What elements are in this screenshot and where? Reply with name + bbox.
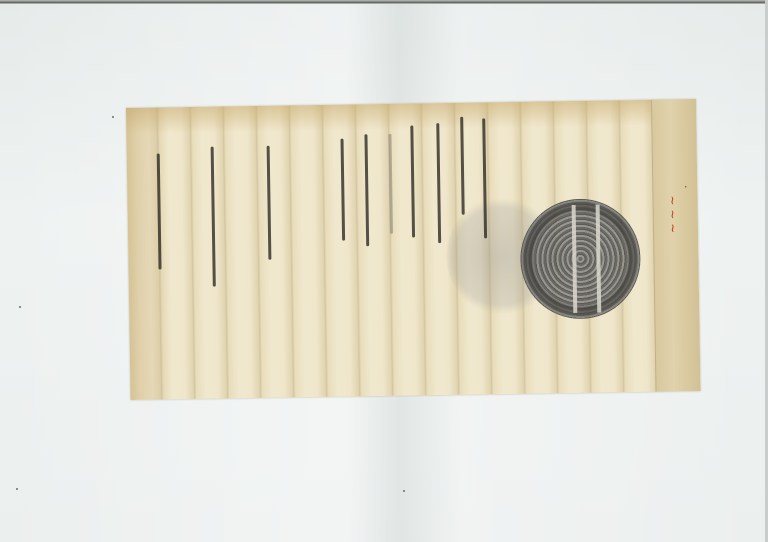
dust-speck (112, 116, 114, 118)
margin-number: · (679, 185, 690, 188)
dust-speck (19, 306, 21, 308)
right-margin (651, 99, 701, 392)
scanner-top-edge (0, 0, 768, 4)
dust-speck (403, 490, 405, 492)
paper-stain (126, 107, 171, 400)
manuscript-sheet: ~ ~ ~ · (126, 99, 701, 400)
red-margin-note: ~ ~ ~ (665, 195, 680, 233)
dust-speck (16, 488, 18, 490)
